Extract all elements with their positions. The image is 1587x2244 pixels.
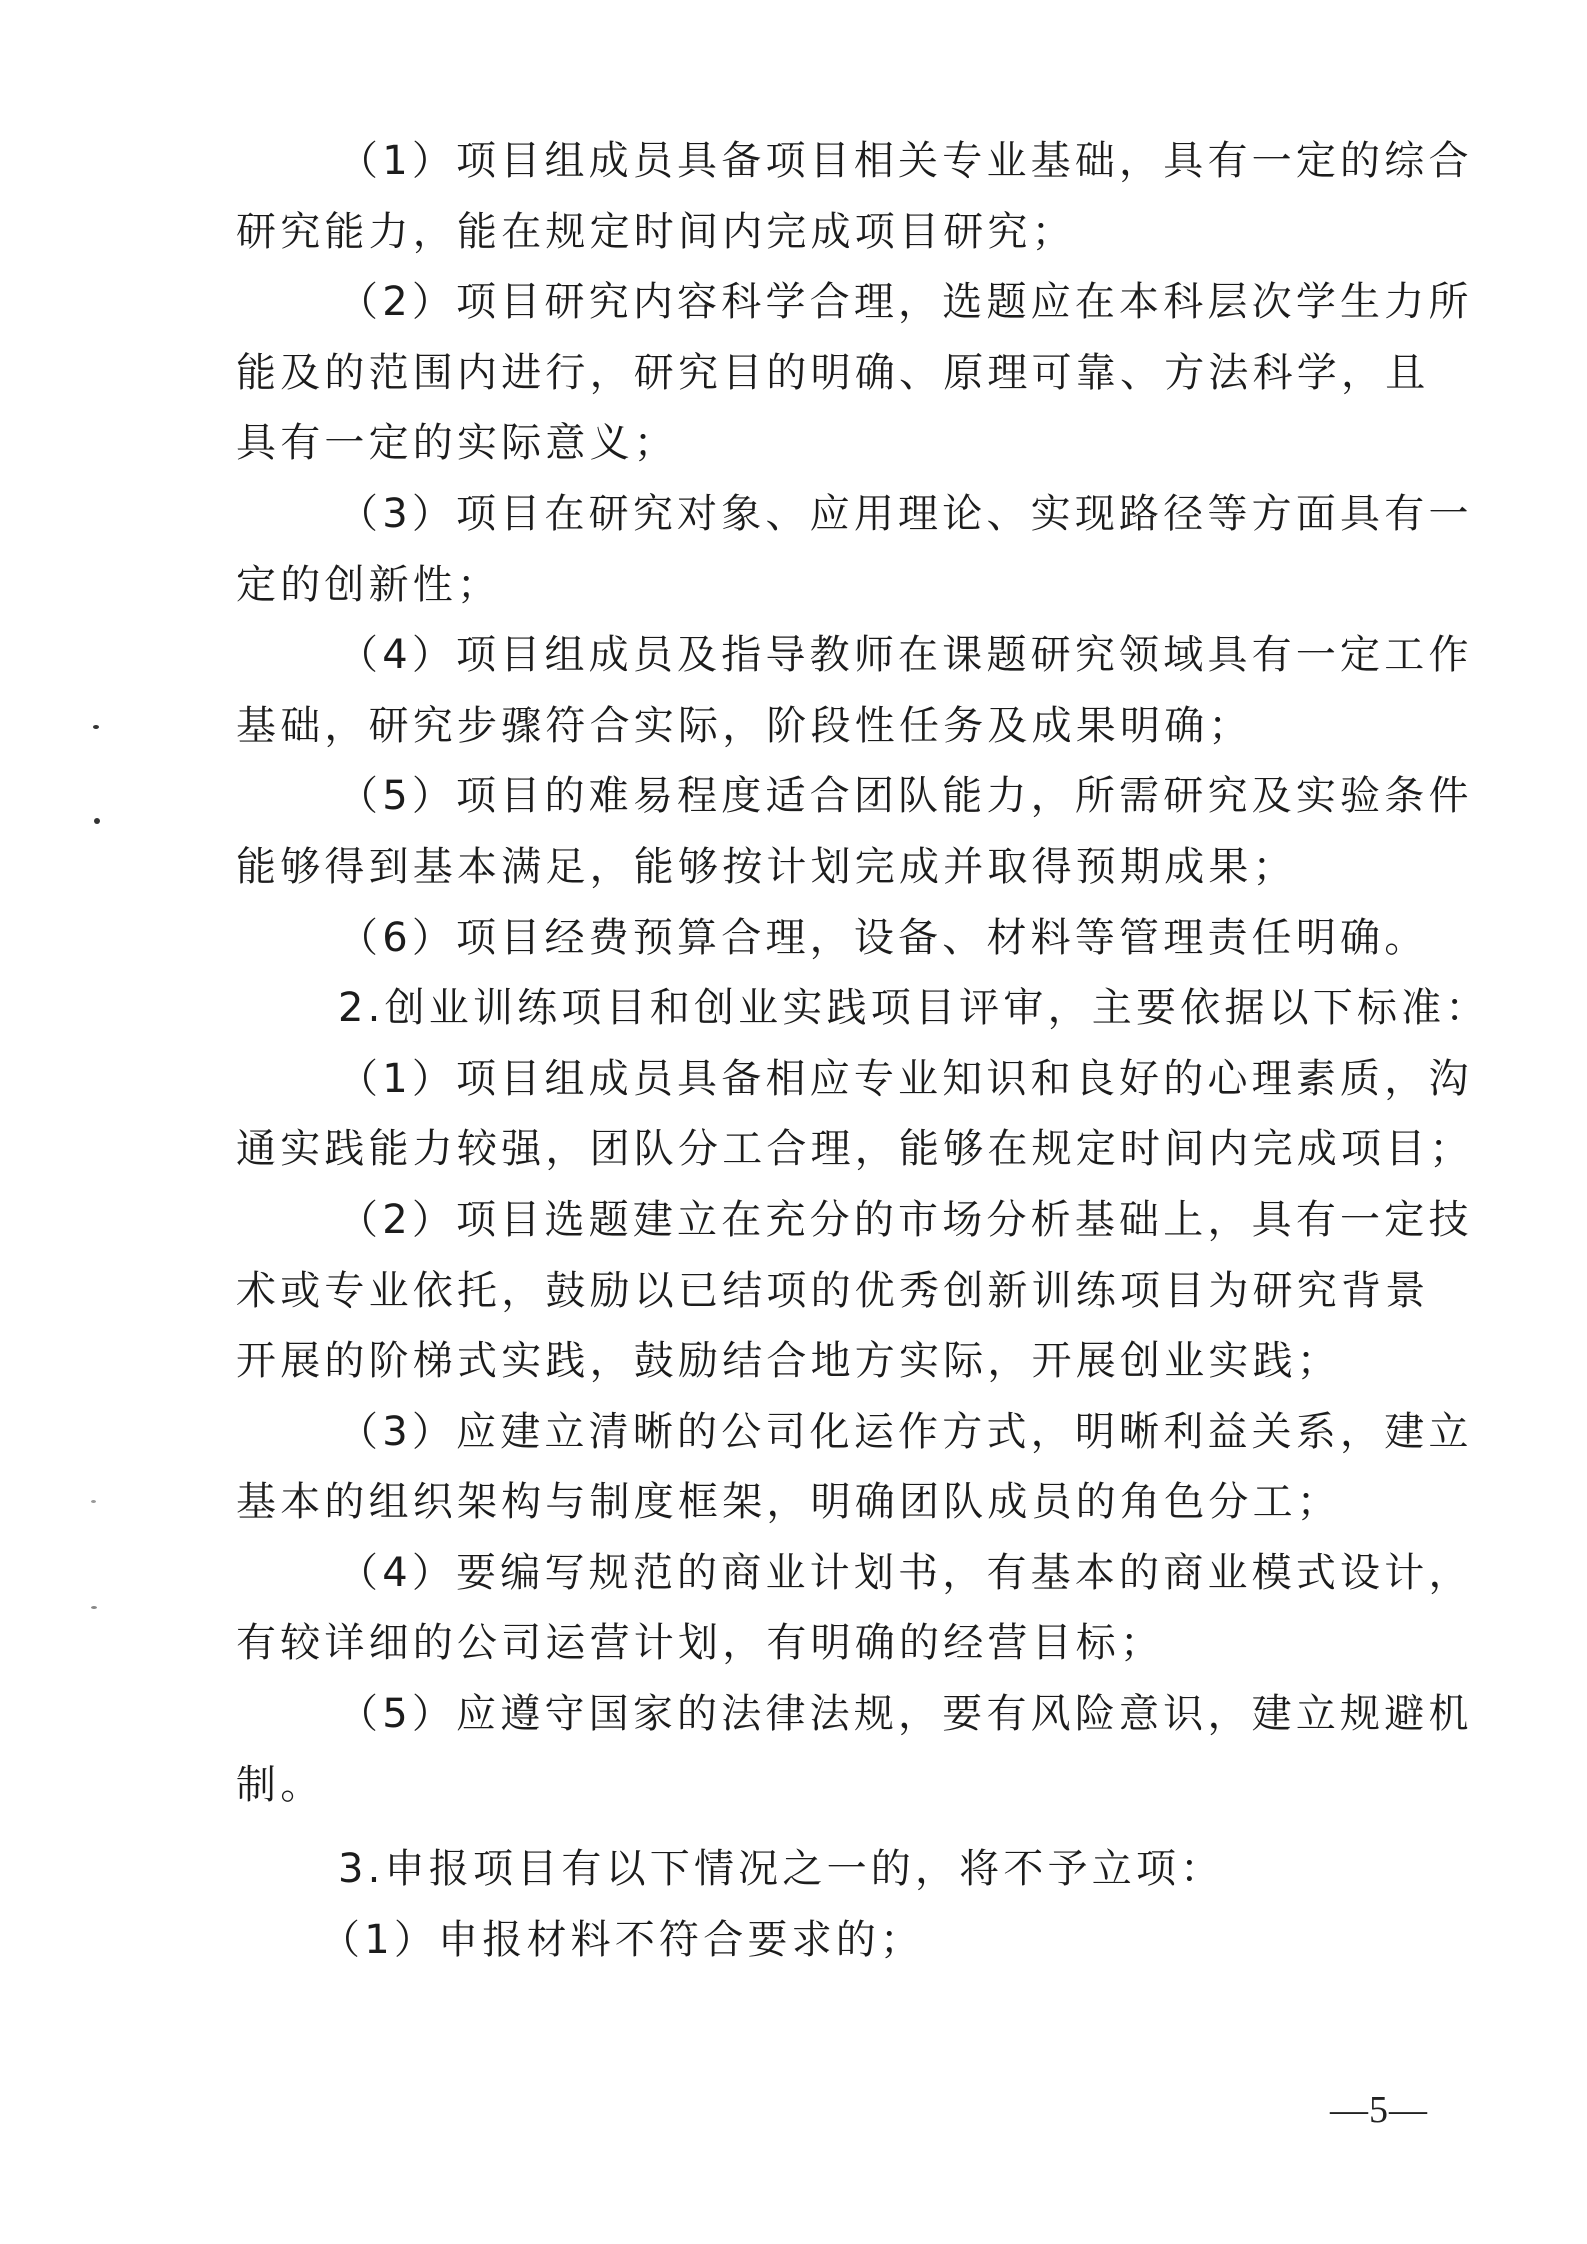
paragraph-line: 术或专业依托，鼓励以已结项的优秀创新训练项目为研究背景 [236,1256,1416,1327]
section-heading: 2.创业训练项目和创业实践项目评审，主要依据以下标准： [236,973,1416,1044]
document-page: （1）项目组成员具备项目相关专业基础，具有一定的综合 研究能力，能在规定时间内完… [0,0,1587,2244]
paragraph-line: （1）项目组成员具备相应专业知识和良好的心理素质，沟 [236,1044,1416,1115]
paragraph-line: 能及的范围内进行，研究目的明确、原理可靠、方法科学，且 [236,338,1416,409]
paragraph-line: 有较详细的公司运营计划，有明确的经营目标； [236,1608,1416,1679]
paragraph-line: 能够得到基本满足，能够按计划完成并取得预期成果； [236,832,1416,903]
paragraph-line: （5）项目的难易程度适合团队能力，所需研究及实验条件 [236,761,1416,832]
paragraph-line: 开展的阶梯式实践，鼓励结合地方实际，开展创业实践； [236,1326,1416,1397]
paragraph-line: （1）申报材料不符合要求的； [236,1905,1416,1976]
scan-speck [94,818,100,824]
paragraph-line: 通实践能力较强，团队分工合理，能够在规定时间内完成项目； [236,1114,1416,1185]
paragraph-line: 研究能力，能在规定时间内完成项目研究； [236,197,1416,268]
paragraph-line: （3）项目在研究对象、应用理论、实现路径等方面具有一 [236,479,1416,550]
page-number: —5— [1330,2088,1428,2132]
paragraph-line: （2）项目选题建立在充分的市场分析基础上，具有一定技 [236,1185,1416,1256]
paragraph-line: （6）项目经费预算合理，设备、材料等管理责任明确。 [236,903,1416,974]
paragraph-line: （1）项目组成员具备项目相关专业基础，具有一定的综合 [236,126,1416,197]
paragraph-line: 基本的组织架构与制度框架，明确团队成员的角色分工； [236,1467,1416,1538]
scan-speck [91,1500,96,1503]
paragraph-line: （2）项目研究内容科学合理，选题应在本科层次学生力所 [236,267,1416,338]
paragraph-line: （3）应建立清晰的公司化运作方式，明晰利益关系，建立 [236,1397,1416,1468]
paragraph-line: 制。 [236,1750,1416,1821]
paragraph-line: （5）应遵守国家的法律法规，要有风险意识，建立规避机 [236,1679,1416,1750]
paragraph-line: 定的创新性； [236,550,1416,621]
paragraph-line: 基础，研究步骤符合实际，阶段性任务及成果明确； [236,691,1416,762]
scan-speck [91,1606,97,1609]
paragraph-line: 具有一定的实际意义； [236,408,1416,479]
body-text: （1）项目组成员具备项目相关专业基础，具有一定的综合 研究能力，能在规定时间内完… [236,126,1416,1975]
section-heading: 3.申报项目有以下情况之一的，将不予立项： [236,1834,1416,1905]
scan-speck [93,725,99,729]
paragraph-line: （4）要编写规范的商业计划书，有基本的商业模式设计， [236,1538,1416,1609]
paragraph-line: （4）项目组成员及指导教师在课题研究领域具有一定工作 [236,620,1416,691]
